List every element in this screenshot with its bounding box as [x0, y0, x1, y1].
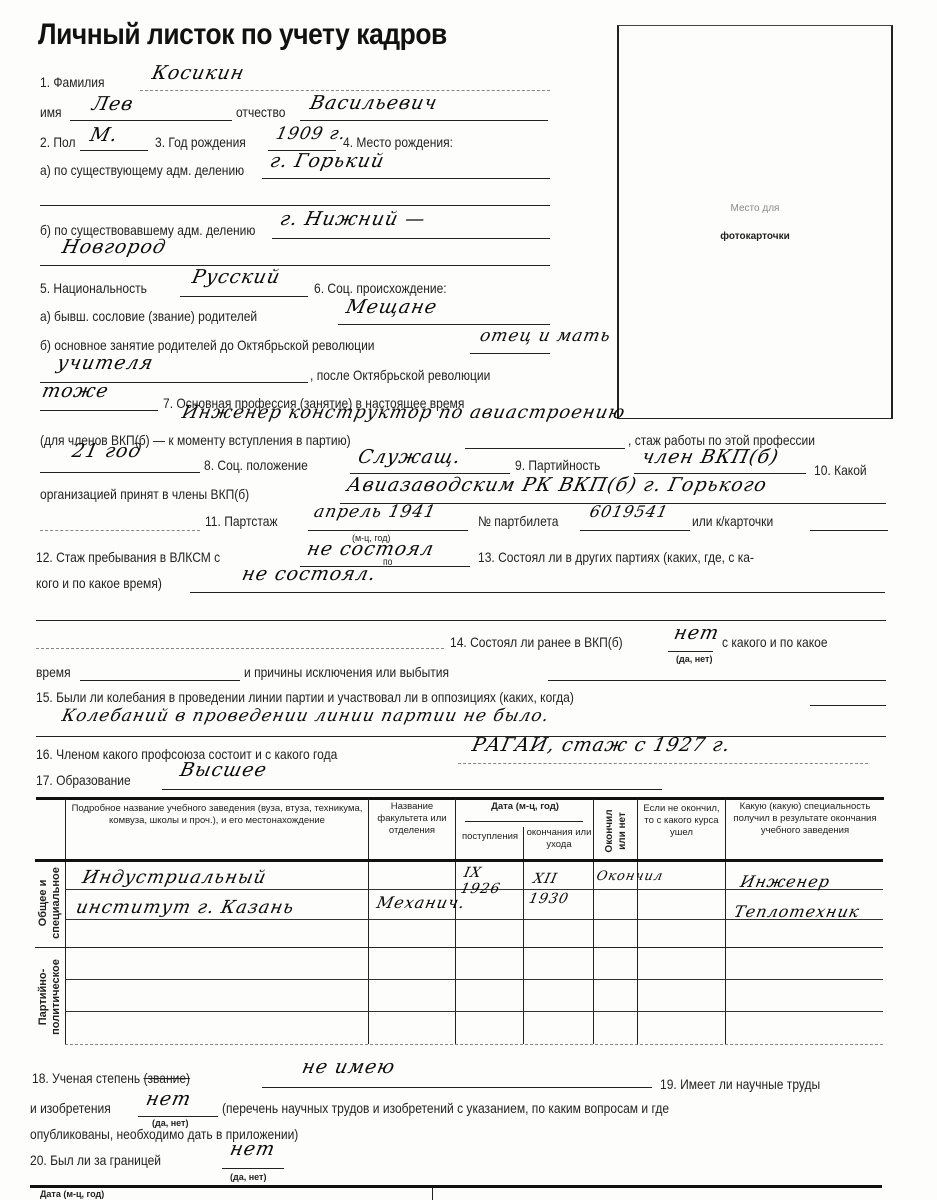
- prior-party-time-label: время: [36, 664, 71, 680]
- birth-year-label: 3. Год рождения: [155, 134, 246, 150]
- party-card-value[interactable]: 6019541: [588, 502, 670, 521]
- party-tenure-value[interactable]: апрель 1941: [312, 502, 438, 522]
- other-parties-label-2: кого и по какое время): [36, 575, 162, 591]
- birthplace-former-line-2: [40, 265, 550, 266]
- research-instructions: (перечень научных трудов и изобретений с…: [222, 1100, 669, 1116]
- party-card-line: [580, 530, 690, 531]
- social-status-label: 8. Соц. положение: [204, 457, 308, 473]
- first-name-value[interactable]: Лев: [90, 93, 136, 115]
- other-parties-line: [190, 592, 885, 593]
- party-tenure-line: [308, 530, 468, 531]
- wavering-line-2: [36, 736, 886, 737]
- row-date-end[interactable]: XII 1930: [527, 869, 596, 909]
- profession-value[interactable]: Инженер конструктор по авиастроению: [180, 402, 627, 423]
- inventions-line: [138, 1116, 218, 1117]
- union-value[interactable]: РАГАИ, стаж с 1927 г.: [470, 734, 733, 756]
- degree-label-text: 18. Ученая степень: [32, 1070, 140, 1086]
- first-name-line: [70, 120, 232, 121]
- research-label: 19. Имеет ли научные труды: [660, 1076, 820, 1092]
- header-date-group: Дата (м-ц, год): [459, 801, 591, 813]
- parents-occupation-line: [470, 353, 550, 354]
- wavering-value[interactable]: Колебаний в проведении линии партии не б…: [60, 706, 551, 726]
- prior-party-line: [668, 651, 713, 652]
- accepted-by-label: организацией принят в члены ВКП(б): [40, 486, 249, 502]
- after-revolution-value[interactable]: тоже: [40, 380, 111, 402]
- row-date-start[interactable]: IX 1926: [459, 865, 526, 897]
- prior-party-period-label: с какого и по какое: [722, 634, 828, 650]
- education-label: 17. Образование: [36, 772, 131, 788]
- wavering-line: [810, 705, 886, 706]
- parents-estate-value[interactable]: Мещане: [344, 296, 439, 318]
- wavering-label: 15. Были ли колебания в проведении линии…: [36, 689, 574, 705]
- sex-line: [80, 150, 148, 151]
- after-revolution-line: [40, 410, 158, 411]
- social-status-value[interactable]: Служащ.: [356, 446, 463, 468]
- birthplace-former-value-cont[interactable]: Новгород: [60, 236, 168, 258]
- blank-line-2: [40, 530, 200, 531]
- birthplace-current-line: [262, 178, 550, 179]
- header-faculty: Название факультета или отделения: [371, 801, 453, 837]
- birthplace-former-value[interactable]: г. Нижний —: [278, 208, 428, 230]
- accepted-by-value[interactable]: Авиазаводским РК ВКП(б) г. Горького: [345, 474, 769, 496]
- first-name-label: имя: [40, 104, 62, 120]
- surname-label: 1. Фамилия: [40, 74, 105, 90]
- abroad-line: [222, 1168, 284, 1169]
- party-tenure-label: 11. Партстаж: [205, 513, 278, 529]
- form-title: Личный листок по учету кадров: [38, 18, 447, 52]
- parents-occupation-label: б) основное занятие родителей до Октябрь…: [40, 337, 375, 353]
- sex-value[interactable]: М.: [88, 124, 120, 146]
- social-origin-label: 6. Соц. происхождение:: [314, 280, 447, 296]
- table-top-border: [36, 797, 884, 800]
- parents-occupation-value[interactable]: отец и мать: [478, 326, 613, 346]
- patronymic-value[interactable]: Васильевич: [308, 92, 440, 114]
- row-specialty[interactable]: Инженер Теплотехник: [731, 867, 894, 927]
- abroad-hint: (да, нет): [230, 1172, 266, 1182]
- section-label-political: Партийно-политическое: [37, 951, 63, 1043]
- prior-party-time-line: [80, 680, 240, 681]
- patronymic-label: отчество: [236, 104, 285, 120]
- photo-placeholder-line2: фотокарточки: [619, 231, 891, 242]
- profession-experience-value[interactable]: 21 год: [70, 440, 144, 462]
- which-org-label: 10. Какой: [814, 462, 867, 478]
- row-faculty[interactable]: Механич.: [375, 893, 467, 912]
- degree-label-struck: (звание): [143, 1070, 190, 1086]
- surname-value[interactable]: Косикин: [150, 62, 247, 84]
- footer-table-border: [30, 1185, 882, 1188]
- parents-estate-line: [338, 324, 550, 325]
- prior-party-label: 14. Состоял ли ранее в ВКП(б): [450, 634, 623, 650]
- parents-occupation-value-cont[interactable]: учителя: [55, 352, 156, 374]
- row-finished[interactable]: Окончил: [595, 869, 665, 884]
- photo-placeholder: Место для фотокарточки: [617, 25, 893, 419]
- row-institution[interactable]: Индустриальный институт г. Казань: [73, 863, 376, 923]
- nationality-value[interactable]: Русский: [190, 266, 283, 288]
- profession-experience-line: [40, 472, 200, 473]
- exclusion-reason-line: [548, 680, 886, 681]
- alt-card-label: или к/карточки: [692, 513, 773, 529]
- other-parties-line-2: [36, 620, 886, 621]
- abroad-label: 20. Был ли за границей: [30, 1152, 161, 1168]
- surname-line: [140, 90, 550, 91]
- birthplace-current-label: а) по существующему адм. делению: [40, 162, 244, 178]
- degree-label: 18. Ученая степень (звание): [32, 1070, 190, 1086]
- header-date-start: поступления: [459, 831, 521, 843]
- party-label: 9. Партийность: [515, 457, 600, 473]
- prior-party-value[interactable]: нет: [672, 622, 721, 644]
- other-parties-label: 13. Состоял ли в других партиях (каких, …: [478, 549, 754, 565]
- photo-placeholder-line1: Место для: [619, 203, 891, 214]
- header-institution: Подробное название учебного заведения (в…: [69, 803, 365, 827]
- header-if-not: Если не окончил, то с какого курса ушел: [640, 803, 723, 839]
- party-value[interactable]: член ВКП(б): [640, 446, 781, 468]
- header-finished: Окончил или нет: [603, 801, 629, 861]
- party-card-label: № партбилета: [478, 513, 558, 529]
- header-date-end: окончания или ухода: [526, 827, 592, 851]
- education-value[interactable]: Высшее: [178, 759, 269, 781]
- prior-party-hint: (да, нет): [676, 654, 712, 664]
- degree-value[interactable]: не имею: [300, 1056, 397, 1078]
- section-label-general: Общее и специальное: [37, 857, 63, 949]
- patronymic-line: [300, 120, 548, 121]
- birthplace-current-value[interactable]: г. Горький: [268, 150, 387, 172]
- alt-card-line: [810, 530, 888, 531]
- personnel-record-form: Личный листок по учету кадров Место для …: [0, 0, 937, 1200]
- education-line: [162, 789, 662, 790]
- sex-label: 2. Пол: [40, 134, 76, 150]
- degree-line: [262, 1087, 652, 1088]
- other-parties-line-3: [36, 648, 444, 649]
- after-revolution-label: , после Октябрьской революции: [310, 367, 490, 383]
- union-line: [458, 763, 868, 764]
- komsomol-value[interactable]: не состоял: [305, 538, 436, 560]
- birth-year-value[interactable]: 1909 г.: [274, 124, 348, 144]
- abroad-value[interactable]: нет: [228, 1138, 277, 1160]
- birthplace-label: 4. Место рождения:: [343, 134, 453, 150]
- komsomol-label: 12. Стаж пребывания в ВЛКСМ с: [36, 549, 220, 565]
- birthplace-former-line: [272, 238, 550, 239]
- footer-date-hint: Дата (м-ц, год): [40, 1189, 104, 1199]
- komsomol-to-label: по: [383, 557, 392, 568]
- inventions-value[interactable]: нет: [144, 1088, 193, 1110]
- nationality-label: 5. Национальность: [40, 280, 147, 296]
- parents-estate-label: а) бывш. сословие (звание) родителей: [40, 308, 257, 324]
- inventions-label: и изобретения: [30, 1100, 111, 1116]
- profession-party-line: [465, 448, 625, 449]
- blank-line: [40, 205, 550, 206]
- header-specialty: Какую (какую) специальность получил в ре…: [729, 801, 881, 837]
- nationality-line: [180, 296, 308, 297]
- other-parties-value[interactable]: не состоял.: [240, 563, 378, 585]
- exclusion-reason-label: и причины исключения или выбытия: [244, 664, 449, 680]
